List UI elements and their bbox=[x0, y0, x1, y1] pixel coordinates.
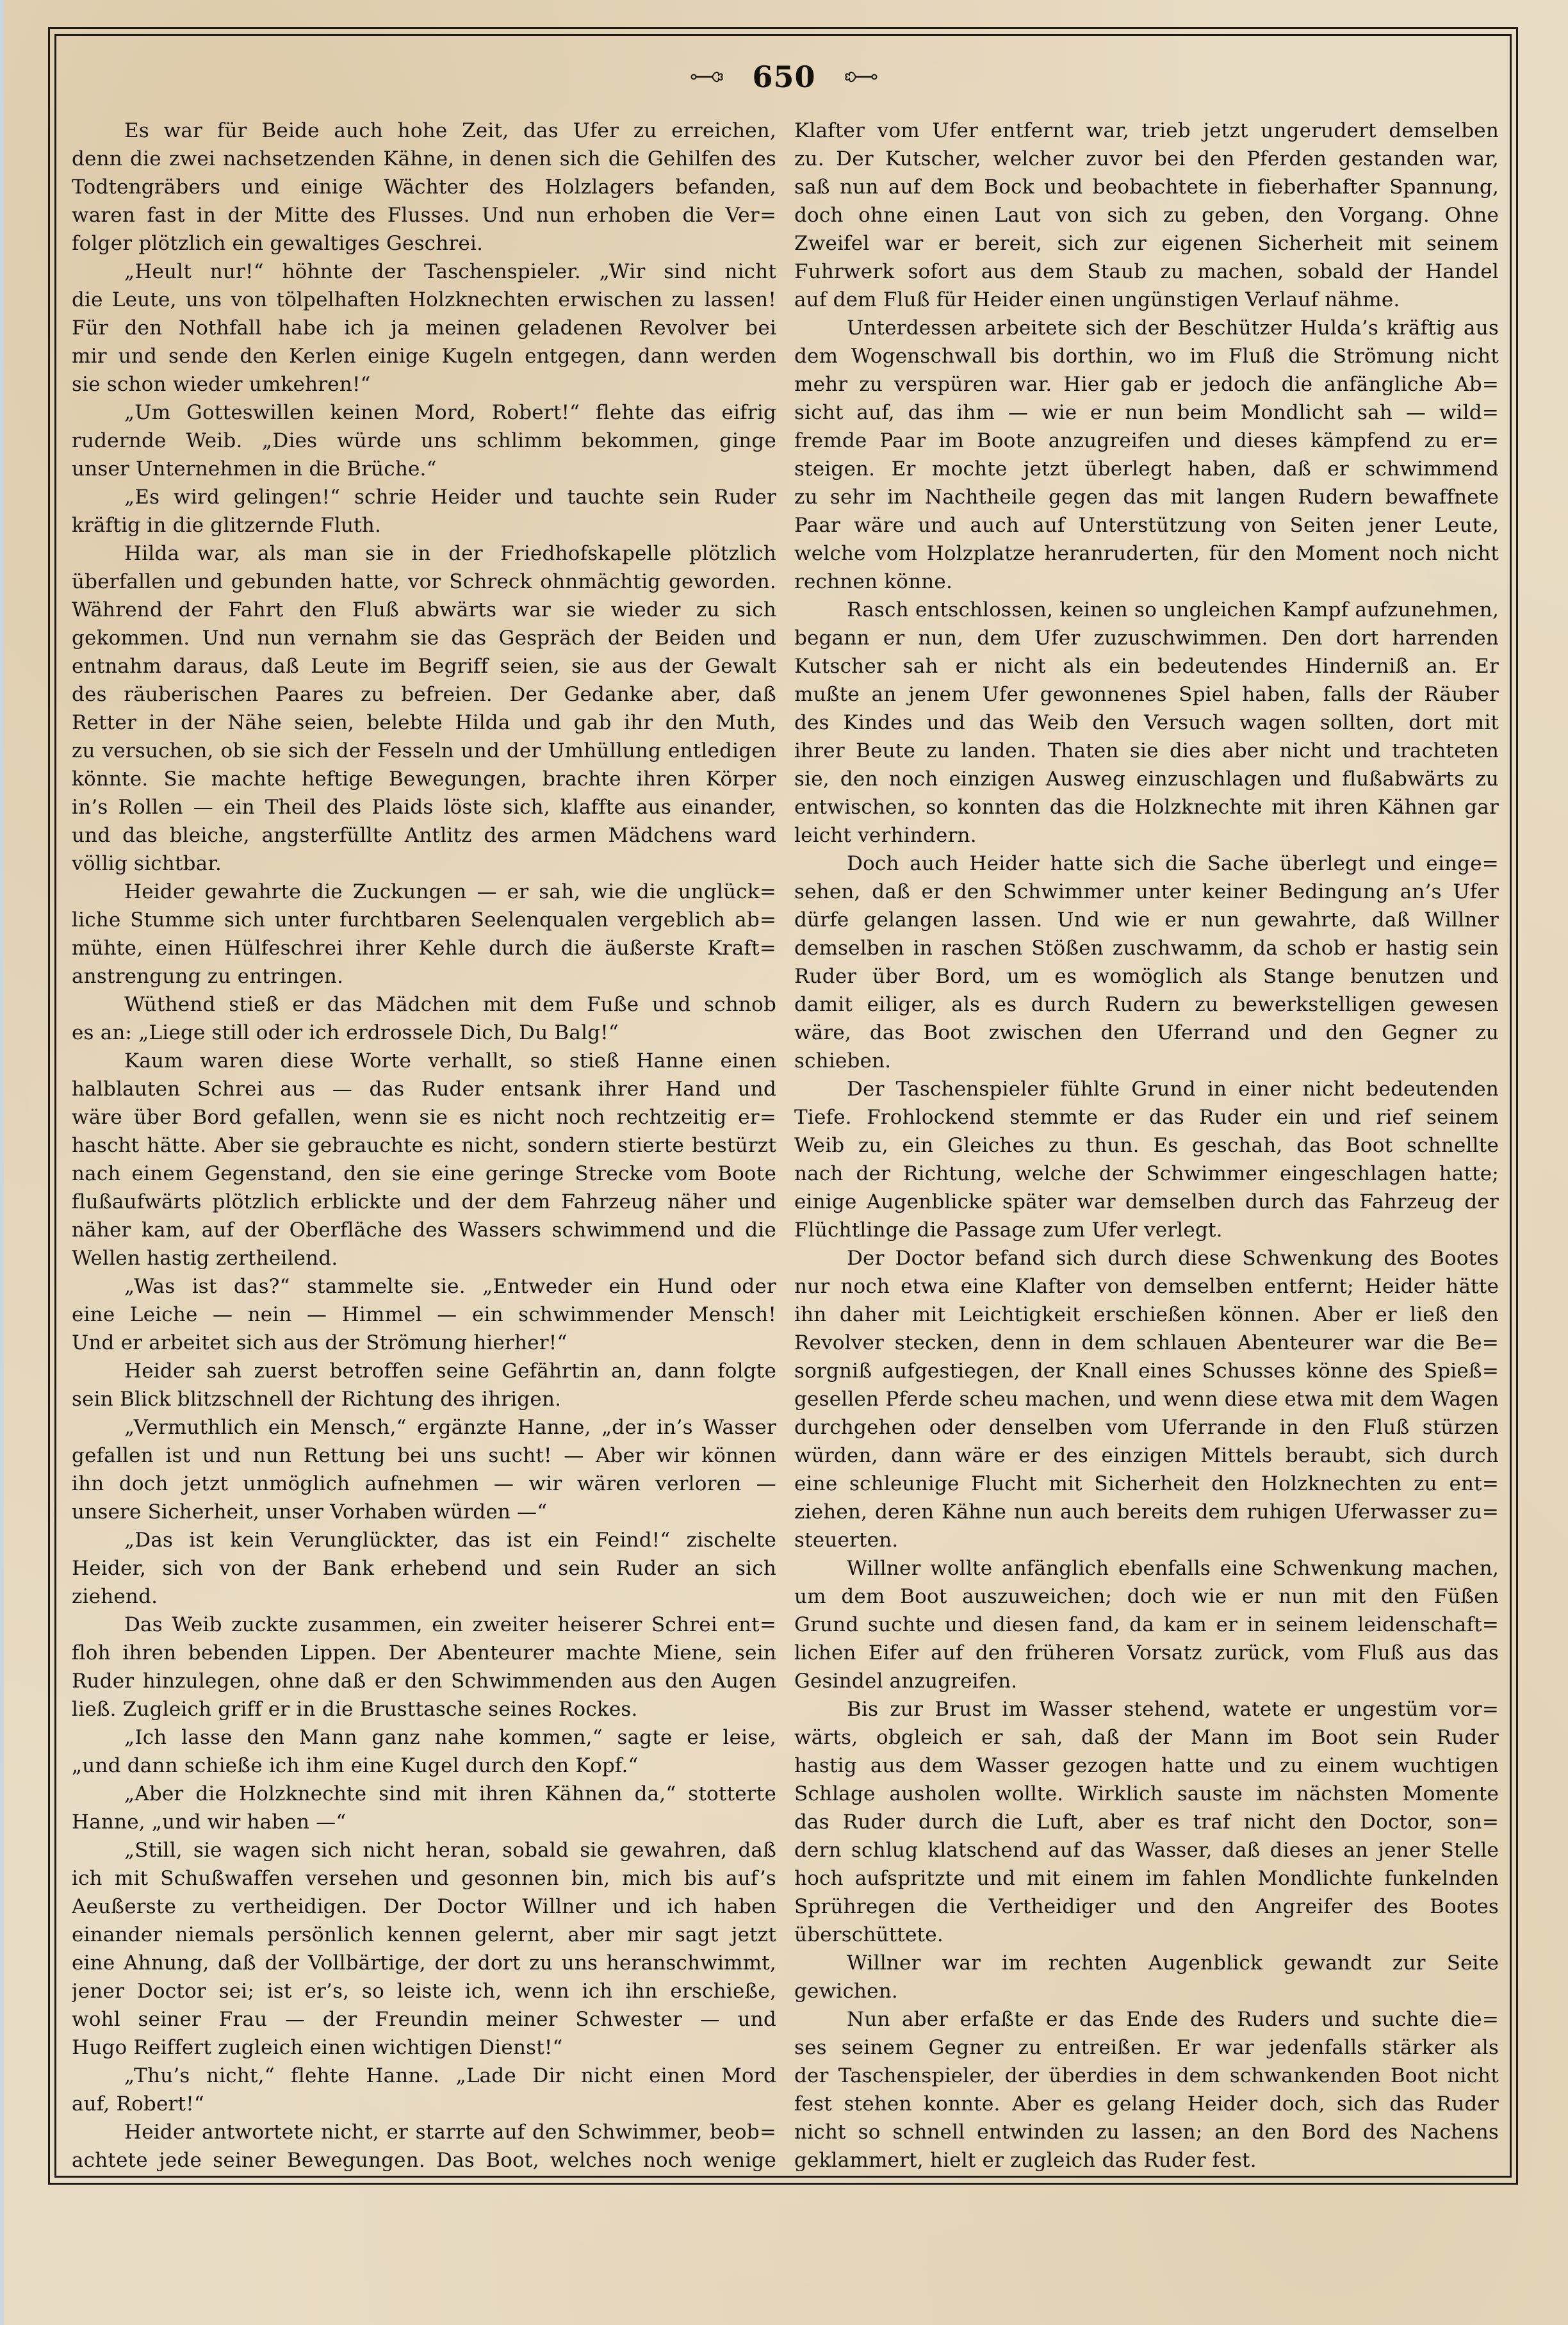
text-line: überfallen und gebunden hatte, vor Schre… bbox=[72, 568, 776, 596]
text-line: nur noch etwa eine Klafter von demselben… bbox=[794, 1272, 1499, 1301]
text-line: fremde Paar im Boote anzugreifen und die… bbox=[794, 427, 1499, 455]
text-line: ihrer Beute zu landen. Thaten sie dies a… bbox=[794, 737, 1499, 765]
text-line: Paar wäre und auch auf Unterstützung von… bbox=[794, 511, 1499, 539]
text-line: Während der Fahrt den Fluß abwärts war s… bbox=[72, 596, 776, 624]
text-line: Klafter vom Ufer entfernt war, trieb jet… bbox=[794, 117, 1499, 145]
text-line: durchgehen oder denselben vom Uferrande … bbox=[794, 1413, 1499, 1442]
scan-edge bbox=[0, 0, 4, 2325]
text-line: Tiefe. Frohlockend stemmte er das Ruder … bbox=[794, 1103, 1499, 1131]
text-line: wärts, obgleich er sah, daß der Mann im … bbox=[794, 1723, 1499, 1752]
text-line: Zweifel war er bereit, sich zur eigenen … bbox=[794, 229, 1499, 258]
text-line: lichen Eifer auf den früheren Vorsatz zu… bbox=[794, 1639, 1499, 1667]
page-number: 650 bbox=[752, 60, 815, 94]
text-line: „und dann schieße ich ihm eine Kugel dur… bbox=[72, 1752, 776, 1780]
text-line: leicht verhindern. bbox=[794, 821, 1499, 850]
text-column-left: Es war für Beide auch hohe Zeit, das Ufe… bbox=[72, 117, 776, 2174]
text-line: hastig aus dem Wasser gezogen hatte und … bbox=[794, 1752, 1499, 1780]
text-line: Hilda war, als man sie in der Friedhofsk… bbox=[72, 539, 776, 568]
text-line: eine Leiche — nein — Himmel — ein schwim… bbox=[72, 1301, 776, 1329]
text-line: sie schon wieder umkehren!“ bbox=[72, 370, 776, 398]
text-line: „Aber die Holzknechte sind mit ihren Käh… bbox=[72, 1780, 776, 1808]
text-line: ses seinem Gegner zu entreißen. Er war j… bbox=[794, 2033, 1499, 2062]
text-line: mußte an jenem Ufer gewonnenes Spiel hab… bbox=[794, 680, 1499, 709]
text-line: fest stehen konnte. Aber es gelang Heide… bbox=[794, 2090, 1499, 2118]
text-line: begann er nun, dem Ufer zuzuschwimmen. D… bbox=[794, 624, 1499, 652]
text-line: könnte. Sie machte heftige Bewegungen, b… bbox=[72, 765, 776, 793]
text-line: Wellen hastig zertheilend. bbox=[72, 1244, 776, 1272]
text-line: entnahm daraus, daß Leute im Begriff sei… bbox=[72, 652, 776, 680]
text-line: steuerten. bbox=[794, 1526, 1499, 1554]
text-line: mühte, einen Hülfeschrei ihrer Kehle dur… bbox=[72, 934, 776, 962]
text-line: Heider, sich von der Bank erhebend und s… bbox=[72, 1554, 776, 1582]
text-line: zu sehr im Nachtheile gegen das mit lang… bbox=[794, 483, 1499, 511]
text-line: flußaufwärts plötzlich erblickte und der… bbox=[72, 1188, 776, 1216]
text-line: Willner war im rechten Augenblick gewand… bbox=[794, 1949, 1499, 1977]
text-line: hoch aufspritzte und mit einem im fahlen… bbox=[794, 1864, 1499, 1893]
text-line: halblauten Schrei aus — das Ruder entsan… bbox=[72, 1075, 776, 1103]
text-line: Der Taschenspieler fühlte Grund in einer… bbox=[794, 1075, 1499, 1103]
text-line: einige Augenblicke später war demselben … bbox=[794, 1188, 1499, 1216]
text-line: sicht auf, das ihm — wie er nun beim Mon… bbox=[794, 398, 1499, 427]
text-line: geklammert, hielt er zugleich das Ruder … bbox=[794, 2146, 1499, 2174]
text-line: rechnen könne. bbox=[794, 568, 1499, 596]
text-line: Wüthend stieß er das Mädchen mit dem Fuß… bbox=[72, 990, 776, 1019]
text-line: und das bleiche, angsterfüllte Antlitz d… bbox=[72, 821, 776, 850]
text-line: Retter in der Nähe seien, belebte Hilda … bbox=[72, 709, 776, 737]
text-line: jener Doctor sei; ist er’s, so leiste ic… bbox=[72, 1977, 776, 2005]
text-line: auf, Robert!“ bbox=[72, 2090, 776, 2118]
text-line: des Kindes und das Weib den Versuch wage… bbox=[794, 709, 1499, 737]
text-line: Bis zur Brust im Wasser stehend, watete … bbox=[794, 1695, 1499, 1723]
text-line: Nun aber erfaßte er das Ende des Ruders … bbox=[794, 2005, 1499, 2033]
text-line: „Heult nur!“ höhnte der Taschenspieler. … bbox=[72, 258, 776, 286]
text-line: Heider antwortete nicht, er starrte auf … bbox=[72, 2118, 776, 2146]
text-line: einander niemals persönlich kennen geler… bbox=[72, 1921, 776, 1949]
text-line: Heider sah zuerst betroffen seine Gefähr… bbox=[72, 1357, 776, 1385]
text-line: Kaum waren diese Worte verhallt, so stie… bbox=[72, 1047, 776, 1075]
text-line: steigen. Er mochte jetzt überlegt haben,… bbox=[794, 455, 1499, 483]
text-line: ihn doch jetzt unmöglich aufnehmen — wir… bbox=[72, 1470, 776, 1498]
text-line: Unterdessen arbeitete sich der Beschütze… bbox=[794, 314, 1499, 342]
text-line: nach einem Gegenstand, den sie eine geri… bbox=[72, 1160, 776, 1188]
text-line: ich mit Schußwaffen versehen und gesonne… bbox=[72, 1864, 776, 1893]
text-line: hascht hätte. Aber sie gebrauchte es nic… bbox=[72, 1131, 776, 1160]
text-line: auf dem Fluß für Heider einen ungünstige… bbox=[794, 286, 1499, 314]
page-header: 650 bbox=[0, 56, 1568, 97]
text-line: saß nun auf dem Bock und beobachtete in … bbox=[794, 173, 1499, 201]
text-line: dern schlug klatschend auf das Wasser, d… bbox=[794, 1836, 1499, 1864]
text-line: zu. Der Kutscher, welcher zuvor bei den … bbox=[794, 145, 1499, 173]
text-line: überschüttete. bbox=[794, 1921, 1499, 1949]
text-line: demselben in raschen Stößen zuschwamm, d… bbox=[794, 934, 1499, 962]
text-line: ihn daher mit Leichtigkeit erschießen kö… bbox=[794, 1301, 1499, 1329]
text-line: wäre über Bord gefallen, wenn sie es nic… bbox=[72, 1103, 776, 1131]
text-line: dem Wogenschwall bis dorthin, wo im Fluß… bbox=[794, 342, 1499, 370]
text-line: sein Blick blitzschnell der Richtung des… bbox=[72, 1385, 776, 1413]
text-line: gewichen. bbox=[794, 1977, 1499, 2005]
text-line: würden, dann wäre er des einzigen Mittel… bbox=[794, 1442, 1499, 1470]
text-line: Willner wollte anfänglich ebenfalls eine… bbox=[794, 1554, 1499, 1582]
text-line: eine schleunige Flucht mit Sicherheit de… bbox=[794, 1470, 1499, 1498]
text-line: nicht so schnell entwinden zu lassen; an… bbox=[794, 2118, 1499, 2146]
text-line: Todtengräbers und einige Wächter des Hol… bbox=[72, 173, 776, 201]
text-line: um dem Boot auszuweichen; doch wie er nu… bbox=[794, 1582, 1499, 1611]
text-line: „Thu’s nicht,“ flehte Hanne. „Lade Dir n… bbox=[72, 2062, 776, 2090]
text-line: Kutscher sah er nicht als ein bedeutende… bbox=[794, 652, 1499, 680]
text-line: liche Stumme sich unter furchtbaren Seel… bbox=[72, 906, 776, 934]
text-line: „Vermuthlich ein Mensch,“ ergänzte Hanne… bbox=[72, 1413, 776, 1442]
text-line: völlig sichtbar. bbox=[72, 850, 776, 878]
text-line: mehr zu verspüren war. Hier gab er jedoc… bbox=[794, 370, 1499, 398]
text-line: waren fast in der Mitte des Flusses. Und… bbox=[72, 201, 776, 229]
text-line: zu versuchen, ob sie sich der Fesseln un… bbox=[72, 737, 776, 765]
text-line: ließ. Zugleich griff er in die Brusttasc… bbox=[72, 1695, 776, 1723]
text-line: des räuberischen Paares zu befreien. Der… bbox=[72, 680, 776, 709]
text-line: gefallen ist und nun Rettung bei uns suc… bbox=[72, 1442, 776, 1470]
text-line: folger plötzlich ein gewaltiges Geschrei… bbox=[72, 229, 776, 258]
text-line: „Es wird gelingen!“ schrie Heider und ta… bbox=[72, 483, 776, 511]
text-line: „Was ist das?“ stammelte sie. „Entweder … bbox=[72, 1272, 776, 1301]
text-line: Hanne, „und wir haben —“ bbox=[72, 1808, 776, 1836]
text-line: Ruder über Bord, um es womöglich als Sta… bbox=[794, 962, 1499, 990]
text-line: „Still, sie wagen sich nicht heran, soba… bbox=[72, 1836, 776, 1864]
text-line: Hugo Reiffert zugleich einen wichtigen D… bbox=[72, 2033, 776, 2062]
text-line: doch ohne einen Laut von sich zu geben, … bbox=[794, 201, 1499, 229]
text-line: unsere Sicherheit, unser Vorhaben würden… bbox=[72, 1498, 776, 1526]
text-line: ziehend. bbox=[72, 1582, 776, 1611]
text-line: entwischen, so konnten das die Holzknech… bbox=[794, 793, 1499, 821]
text-line: floh ihren bebenden Lippen. Der Abenteur… bbox=[72, 1639, 776, 1667]
text-line: der Taschenspieler, der überdies in dem … bbox=[794, 2062, 1499, 2090]
text-line: anstrengung zu entringen. bbox=[72, 962, 776, 990]
text-line: ziehen, deren Kähne nun auch bereits dem… bbox=[794, 1498, 1499, 1526]
text-line: das Ruder durch die Luft, aber es traf n… bbox=[794, 1808, 1499, 1836]
text-line: Sprühregen die Vertheidiger und den Angr… bbox=[794, 1893, 1499, 1921]
text-line: sorgniß aufgestiegen, der Knall eines Sc… bbox=[794, 1357, 1499, 1385]
text-line: Ruder hinzulegen, ohne daß er den Schwim… bbox=[72, 1667, 776, 1695]
text-line: Es war für Beide auch hohe Zeit, das Ufe… bbox=[72, 117, 776, 145]
text-line: denn die zwei nachsetzenden Kähne, in de… bbox=[72, 145, 776, 173]
text-line: „Ich lasse den Mann ganz nahe kommen,“ s… bbox=[72, 1723, 776, 1752]
text-line: Das Weib zuckte zusammen, ein zweiter he… bbox=[72, 1611, 776, 1639]
text-line: rudernde Weib. „Dies würde uns schlimm b… bbox=[72, 427, 776, 455]
text-line: Aeußerste zu vertheidigen. Der Doctor Wi… bbox=[72, 1893, 776, 1921]
text-line: Gesindel anzugreifen. bbox=[794, 1667, 1499, 1695]
text-line: Heider gewahrte die Zuckungen — er sah, … bbox=[72, 878, 776, 906]
text-line: wäre, das Boot zwischen den Uferrand und… bbox=[794, 1019, 1499, 1047]
text-line: „Um Gotteswillen keinen Mord, Robert!“ f… bbox=[72, 398, 776, 427]
text-line: kräftig in die glitzernde Fluth. bbox=[72, 511, 776, 539]
text-line: Schlage ausholen wollte. Wirklich sauste… bbox=[794, 1780, 1499, 1808]
text-column-right: Klafter vom Ufer entfernt war, trieb jet… bbox=[794, 117, 1499, 2174]
fleuron-right-icon bbox=[842, 67, 878, 86]
text-line: Revolver stecken, denn in dem schlauen A… bbox=[794, 1329, 1499, 1357]
text-line: Der Doctor befand sich durch diese Schwe… bbox=[794, 1244, 1499, 1272]
text-line: gesellen Pferde scheu machen, und wenn d… bbox=[794, 1385, 1499, 1413]
text-line: Für den Nothfall habe ich ja meinen gela… bbox=[72, 314, 776, 342]
text-line: schieben. bbox=[794, 1047, 1499, 1075]
text-line: welche vom Holzplatze heranruderten, für… bbox=[794, 539, 1499, 568]
text-line: gekommen. Und nun vernahm sie das Gesprä… bbox=[72, 624, 776, 652]
text-line: Rasch entschlossen, keinen so ungleichen… bbox=[794, 596, 1499, 624]
text-line: Und er arbeitet sich aus der Strömung hi… bbox=[72, 1329, 776, 1357]
text-line: nach der Richtung, welche der Schwimmer … bbox=[794, 1160, 1499, 1188]
text-line: unser Unternehmen in die Brüche.“ bbox=[72, 455, 776, 483]
text-line: damit eiliger, als es durch Rudern zu be… bbox=[794, 990, 1499, 1019]
text-line: dürfe gelangen lassen. Und wie er nun ge… bbox=[794, 906, 1499, 934]
text-line: eine Ahnung, daß der Vollbärtige, der do… bbox=[72, 1949, 776, 1977]
fleuron-left-icon bbox=[690, 67, 726, 86]
text-line: wohl seiner Frau — der Freundin meiner S… bbox=[72, 2005, 776, 2033]
text-line: Grund suchte und diesen fand, da kam er … bbox=[794, 1611, 1499, 1639]
text-line: Doch auch Heider hatte sich die Sache üb… bbox=[794, 850, 1499, 878]
text-line: „Das ist kein Verunglückter, das ist ein… bbox=[72, 1526, 776, 1554]
text-line: näher kam, auf der Oberfläche des Wasser… bbox=[72, 1216, 776, 1244]
text-line: mir und sende den Kerlen einige Kugeln e… bbox=[72, 342, 776, 370]
text-line: sie, den noch einzigen Ausweg einzuschla… bbox=[794, 765, 1499, 793]
text-line: achtete jede seiner Bewegungen. Das Boot… bbox=[72, 2146, 776, 2174]
text-line: Flüchtlinge die Passage zum Ufer verlegt… bbox=[794, 1216, 1499, 1244]
text-line: es an: „Liege still oder ich erdrossele … bbox=[72, 1019, 776, 1047]
text-line: in’s Rollen — ein Theil des Plaids löste… bbox=[72, 793, 776, 821]
text-line: sehen, daß er den Schwimmer unter keiner… bbox=[794, 878, 1499, 906]
text-line: die Leute, uns von tölpelhaften Holzknec… bbox=[72, 286, 776, 314]
text-line: Weib zu, ein Gleiches zu thun. Es gescha… bbox=[794, 1131, 1499, 1160]
text-line: Fuhrwerk sofort aus dem Staub zu machen,… bbox=[794, 258, 1499, 286]
